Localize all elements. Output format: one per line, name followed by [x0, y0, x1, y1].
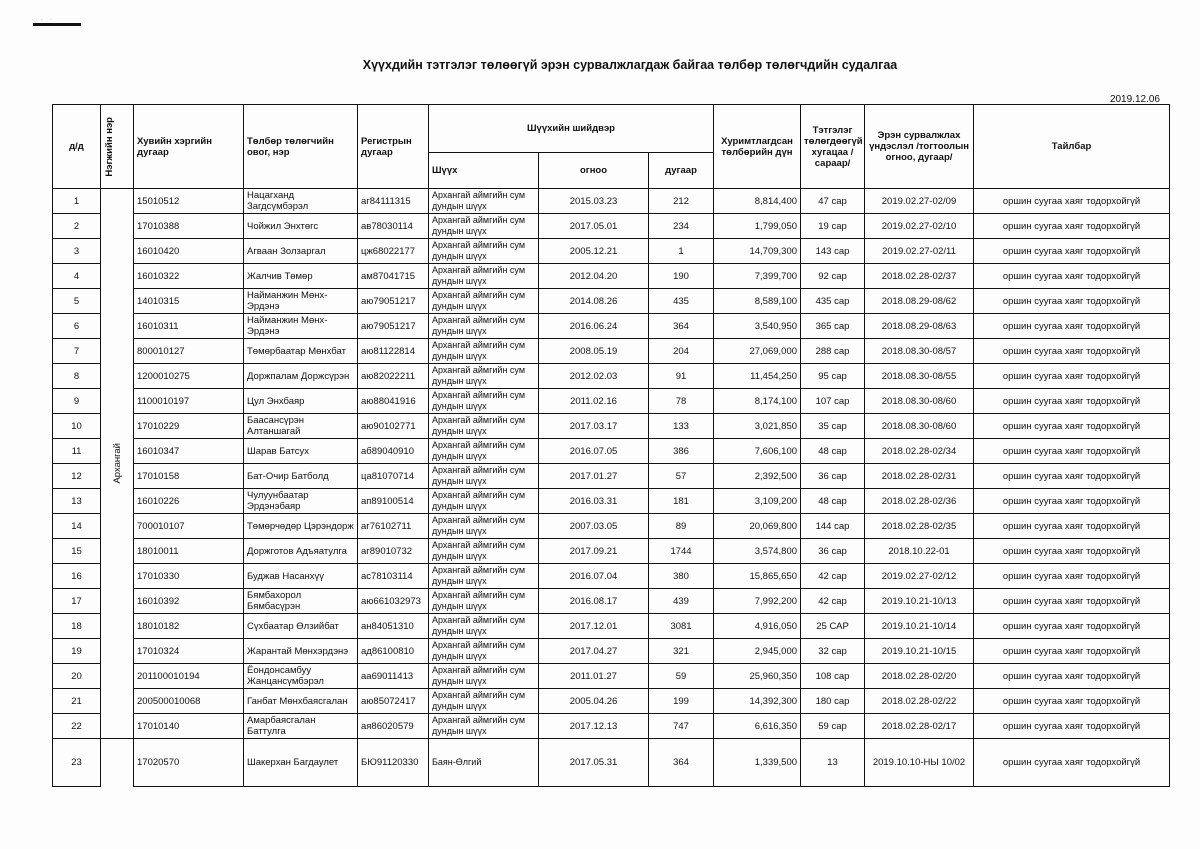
- row-period: 36 сар: [801, 539, 865, 564]
- row-remark: оршин суугаа хаяг тодорхойгүй: [974, 739, 1170, 787]
- row-decision-date: 2012.04.20: [539, 264, 649, 289]
- row-decision-date: 2017.05.31: [539, 739, 649, 787]
- row-remark: оршин суугаа хаяг тодорхойгүй: [974, 489, 1170, 514]
- row-register-no: аг84111315: [358, 189, 429, 214]
- row-court: Архангай аймгийн сум дундын шүүх: [429, 464, 539, 489]
- row-case-no: 17020570: [134, 739, 244, 787]
- row-decision-date: 2017.09.21: [539, 539, 649, 564]
- row-no: 20: [53, 664, 101, 689]
- row-basis: 2019.10.21-10/15: [865, 639, 974, 664]
- header-row-1: д/д Нэгжийн нэр Хувийн хэргийн дугаар Тө…: [53, 105, 1170, 153]
- row-case-no: 16010322: [134, 264, 244, 289]
- row-no: 9: [53, 389, 101, 414]
- row-no: 19: [53, 639, 101, 664]
- table-row: 2217010140Амарбаясгалан Баттулгаая860205…: [53, 714, 1170, 739]
- row-decision-no: 321: [649, 639, 714, 664]
- row-amount: 15,865,650: [714, 564, 801, 589]
- row-no: 13: [53, 489, 101, 514]
- table-row: 1116010347Шарав Батсухаб89040910Архангай…: [53, 439, 1170, 464]
- row-no: 2: [53, 214, 101, 239]
- row-court: Архангай аймгийн сум дундын шүүх: [429, 439, 539, 464]
- row-decision-no: 747: [649, 714, 714, 739]
- row-decision-date: 2005.04.26: [539, 689, 649, 714]
- row-register-no: аг76102711: [358, 514, 429, 539]
- row-basis: 2018.08.30-08/60: [865, 414, 974, 439]
- row-decision-date: 2011.02.16: [539, 389, 649, 414]
- row-amount: 14,392,300: [714, 689, 801, 714]
- row-decision-date: 2011.01.27: [539, 664, 649, 689]
- row-register-no: ая86020579: [358, 714, 429, 739]
- row-amount: 3,109,200: [714, 489, 801, 514]
- row-payer-name: Ёондонсамбуу Жанцансүмбэрэл: [244, 664, 358, 689]
- row-remark: оршин суугаа хаяг тодорхойгүй: [974, 339, 1170, 364]
- row-decision-date: 2007.03.05: [539, 514, 649, 539]
- row-amount: 1,799,050: [714, 214, 801, 239]
- row-amount: 2,392,500: [714, 464, 801, 489]
- row-period: 48 сар: [801, 439, 865, 464]
- row-register-no: ап89100514: [358, 489, 429, 514]
- row-basis: 2018.02.28-02/17: [865, 714, 974, 739]
- row-period: 144 сар: [801, 514, 865, 539]
- row-period: 288 сар: [801, 339, 865, 364]
- row-basis: 2018.02.28-02/34: [865, 439, 974, 464]
- row-decision-date: 2012.02.03: [539, 364, 649, 389]
- header-province: Нэгжийн нэр: [101, 105, 134, 189]
- row-case-no: 16010392: [134, 589, 244, 614]
- table-row: 416010322Жалчив Төмөрам87041715Архангай …: [53, 264, 1170, 289]
- row-amount: 11,454,250: [714, 364, 801, 389]
- row-decision-date: 2016.07.05: [539, 439, 649, 464]
- row-remark: оршин суугаа хаяг тодорхойгүй: [974, 214, 1170, 239]
- table-row: 1518010011Доржготов Адъяатулгааг89010732…: [53, 539, 1170, 564]
- row-basis: 2018.08.30-08/55: [865, 364, 974, 389]
- table-row: 1316010226Чулуунбаатар Эрдэнэбаярап89100…: [53, 489, 1170, 514]
- row-remark: оршин суугаа хаяг тодорхойгүй: [974, 389, 1170, 414]
- row-remark: оршин суугаа хаяг тодорхойгүй: [974, 564, 1170, 589]
- row-basis: 2018.02.28-02/31: [865, 464, 974, 489]
- row-no: 7: [53, 339, 101, 364]
- row-amount: 6,616,350: [714, 714, 801, 739]
- row-no: 5: [53, 289, 101, 314]
- table-row: 1917010324Жарантай Мөнхэрдэнэад86100810А…: [53, 639, 1170, 664]
- row-basis: 2019.02.27-02/11: [865, 239, 974, 264]
- table-row: 1Архангай15010512Нацагханд Загдсүмбэрэла…: [53, 189, 1170, 214]
- row-period: 365 сар: [801, 314, 865, 339]
- row-remark: оршин суугаа хаяг тодорхойгүй: [974, 189, 1170, 214]
- row-amount: 1,339,500: [714, 739, 801, 787]
- row-no: 15: [53, 539, 101, 564]
- row-no: 23: [53, 739, 101, 787]
- table-row: 2317020570Шакерхан БагдаулетБЮ91120330Ба…: [53, 739, 1170, 787]
- row-payer-name: Доржготов Адъяатулга: [244, 539, 358, 564]
- row-no: 22: [53, 714, 101, 739]
- row-register-no: цж68022177: [358, 239, 429, 264]
- row-group-province: Архангай: [101, 189, 134, 739]
- row-period: 48 сар: [801, 489, 865, 514]
- table-row: 1716010392Бямбахорол Бямбасүрэнаю6610329…: [53, 589, 1170, 614]
- row-amount: 7,399,700: [714, 264, 801, 289]
- row-payer-name: Чойжил Энхтөгс: [244, 214, 358, 239]
- row-court: Архангай аймгийн сум дундын шүүх: [429, 364, 539, 389]
- row-case-no: 16010226: [134, 489, 244, 514]
- row-case-no: 800010127: [134, 339, 244, 364]
- row-register-no: аю81122814: [358, 339, 429, 364]
- row-payer-name: Доржпалам Доржсүрэн: [244, 364, 358, 389]
- header-decision-date: огноо: [539, 153, 649, 189]
- row-payer-name: Бямбахорол Бямбасүрэн: [244, 589, 358, 614]
- row-court: Архангай аймгийн сум дундын шүүх: [429, 489, 539, 514]
- row-decision-no: 181: [649, 489, 714, 514]
- row-decision-date: 2016.03.31: [539, 489, 649, 514]
- row-decision-no: 89: [649, 514, 714, 539]
- header-payer-name: Төлбөр төлөгчийн овог, нэр: [244, 105, 358, 189]
- row-basis: 2019.02.27-02/12: [865, 564, 974, 589]
- row-decision-no: 190: [649, 264, 714, 289]
- row-decision-no: 212: [649, 189, 714, 214]
- row-amount: 3,021,850: [714, 414, 801, 439]
- row-decision-no: 3081: [649, 614, 714, 639]
- row-payer-name: Сүхбаатар Өлзийбат: [244, 614, 358, 639]
- table-row: 14700010107Төмөрчөдөр Цэрэндоржаг7610271…: [53, 514, 1170, 539]
- row-basis: 2018.08.29-08/62: [865, 289, 974, 314]
- header-register-no: Регистрын дугаар: [358, 105, 429, 189]
- row-no: 17: [53, 589, 101, 614]
- row-no: 16: [53, 564, 101, 589]
- row-case-no: 1100010197: [134, 389, 244, 414]
- header-remarks: Тайлбар: [974, 105, 1170, 189]
- row-court: Архангай аймгийн сум дундын шүүх: [429, 714, 539, 739]
- row-period: 180 сар: [801, 689, 865, 714]
- row-court: Архангай аймгийн сум дундын шүүх: [429, 414, 539, 439]
- table-body: 1Архангай15010512Нацагханд Загдсүмбэрэла…: [53, 189, 1170, 787]
- row-register-no: аю661032973: [358, 589, 429, 614]
- row-period: 435 сар: [801, 289, 865, 314]
- row-no: 11: [53, 439, 101, 464]
- row-period: 13: [801, 739, 865, 787]
- row-amount: 7,992,200: [714, 589, 801, 614]
- row-remark: оршин суугаа хаяг тодорхойгүй: [974, 639, 1170, 664]
- row-payer-name: Шакерхан Багдаулет: [244, 739, 358, 787]
- row-court: Архангай аймгийн сум дундын шүүх: [429, 289, 539, 314]
- row-court: Архангай аймгийн сум дундын шүүх: [429, 189, 539, 214]
- row-register-no: аа69011413: [358, 664, 429, 689]
- row-amount: 2,945,000: [714, 639, 801, 664]
- row-amount: 8,814,400: [714, 189, 801, 214]
- row-case-no: 17010324: [134, 639, 244, 664]
- row-case-no: 17010388: [134, 214, 244, 239]
- row-basis: 2019.10.10-НЫ 10/02: [865, 739, 974, 787]
- debtor-table: д/д Нэгжийн нэр Хувийн хэргийн дугаар Тө…: [52, 104, 1170, 787]
- row-no: 1: [53, 189, 101, 214]
- row-basis: 2018.02.28-02/36: [865, 489, 974, 514]
- row-case-no: 17010330: [134, 564, 244, 589]
- row-amount: 27,069,000: [714, 339, 801, 364]
- row-decision-no: 439: [649, 589, 714, 614]
- row-payer-name: Агваан Золзаргал: [244, 239, 358, 264]
- row-basis: 2019.02.27-02/09: [865, 189, 974, 214]
- row-payer-name: Жарантай Мөнхэрдэнэ: [244, 639, 358, 664]
- row-payer-name: Ганбат Мөнхбаясгалан: [244, 689, 358, 714]
- row-remark: оршин суугаа хаяг тодорхойгүй: [974, 264, 1170, 289]
- table-row: 1818010182Сүхбаатар Өлзийбатан84051310Ар…: [53, 614, 1170, 639]
- row-case-no: 200500010068: [134, 689, 244, 714]
- row-payer-name: Төмөрбаатар Мөнхбат: [244, 339, 358, 364]
- table-row: 616010311Найманжин Мөнх-Эрдэнэаю79051217…: [53, 314, 1170, 339]
- row-amount: 20,069,800: [714, 514, 801, 539]
- row-basis: 2018.08.30-08/60: [865, 389, 974, 414]
- row-register-no: аю82022211: [358, 364, 429, 389]
- table-row: 1017010229Баасансүрэн Алтаншагайаю901027…: [53, 414, 1170, 439]
- row-amount: 14,709,300: [714, 239, 801, 264]
- row-decision-date: 2008.05.19: [539, 339, 649, 364]
- row-payer-name: Нацагханд Загдсүмбэрэл: [244, 189, 358, 214]
- row-payer-name: Төмөрчөдөр Цэрэндорж: [244, 514, 358, 539]
- row-case-no: 17010229: [134, 414, 244, 439]
- row-court: Архангай аймгийн сум дундын шүүх: [429, 314, 539, 339]
- row-amount: 7,606,100: [714, 439, 801, 464]
- header-no: д/д: [53, 105, 101, 189]
- table-row: 81200010275Доржпалам Доржсүрэнаю82022211…: [53, 364, 1170, 389]
- table-row: 1617010330Буджав Насанхүүас78103114Архан…: [53, 564, 1170, 589]
- row-payer-name: Амарбаясгалан Баттулга: [244, 714, 358, 739]
- row-register-no: аю90102771: [358, 414, 429, 439]
- row-basis: 2018.02.28-02/20: [865, 664, 974, 689]
- document-title: Хүүхдийн тэтгэлэг төлөөгүй эрэн сурвалжл…: [0, 58, 1200, 72]
- row-no: 12: [53, 464, 101, 489]
- row-court: Архангай аймгийн сум дундын шүүх: [429, 339, 539, 364]
- row-decision-no: 78: [649, 389, 714, 414]
- row-register-no: ам87041715: [358, 264, 429, 289]
- row-court: Архангай аймгийн сум дундын шүүх: [429, 564, 539, 589]
- row-register-no: аю79051217: [358, 314, 429, 339]
- row-basis: 2019.10.21-10/13: [865, 589, 974, 614]
- row-decision-date: 2015.03.23: [539, 189, 649, 214]
- row-period: 42 сар: [801, 589, 865, 614]
- row-period: 36 сар: [801, 464, 865, 489]
- row-court: Архангай аймгийн сум дундын шүүх: [429, 239, 539, 264]
- table-row: 20201100010194Ёондонсамбуу Жанцансүмбэрэ…: [53, 664, 1170, 689]
- row-no: 18: [53, 614, 101, 639]
- row-court: Архангай аймгийн сум дундын шүүх: [429, 589, 539, 614]
- row-decision-no: 57: [649, 464, 714, 489]
- row-payer-name: Найманжин Мөнх-Эрдэнэ: [244, 289, 358, 314]
- row-decision-no: 364: [649, 739, 714, 787]
- row-payer-name: Бат-Очир Батболд: [244, 464, 358, 489]
- header-search-basis: Эрэн сурвалжлах үндэслэл /тогтоолын огно…: [865, 105, 974, 189]
- row-remark: оршин суугаа хаяг тодорхойгүй: [974, 464, 1170, 489]
- row-court: Архангай аймгийн сум дундын шүүх: [429, 639, 539, 664]
- row-case-no: 16010311: [134, 314, 244, 339]
- row-court: Архангай аймгийн сум дундын шүүх: [429, 689, 539, 714]
- row-decision-date: 2005.12.21: [539, 239, 649, 264]
- row-period: 59 сар: [801, 714, 865, 739]
- row-decision-date: 2017.04.27: [539, 639, 649, 664]
- row-payer-name: Жалчив Төмөр: [244, 264, 358, 289]
- row-period: 95 сар: [801, 364, 865, 389]
- row-register-no: аг89010732: [358, 539, 429, 564]
- row-decision-date: 2017.01.27: [539, 464, 649, 489]
- row-register-no: аб89040910: [358, 439, 429, 464]
- row-period: 108 сар: [801, 664, 865, 689]
- header-decision-no: дугаар: [649, 153, 714, 189]
- row-decision-date: 2016.06.24: [539, 314, 649, 339]
- row-decision-no: 435: [649, 289, 714, 314]
- row-remark: оршин суугаа хаяг тодорхойгүй: [974, 714, 1170, 739]
- row-remark: оршин суугаа хаяг тодорхойгүй: [974, 689, 1170, 714]
- row-decision-no: 234: [649, 214, 714, 239]
- header-court-decision: Шүүхийн шийдвэр: [429, 105, 714, 153]
- row-register-no: ас78103114: [358, 564, 429, 589]
- row-remark: оршин суугаа хаяг тодорхойгүй: [974, 589, 1170, 614]
- row-no: 4: [53, 264, 101, 289]
- row-decision-date: 2017.12.13: [539, 714, 649, 739]
- row-register-no: БЮ91120330: [358, 739, 429, 787]
- row-remark: оршин суугаа хаяг тодорхойгүй: [974, 664, 1170, 689]
- row-period: 107 сар: [801, 389, 865, 414]
- row-remark: оршин суугаа хаяг тодорхойгүй: [974, 314, 1170, 339]
- row-payer-name: Найманжин Мөнх-Эрдэнэ: [244, 314, 358, 339]
- row-register-no: ад86100810: [358, 639, 429, 664]
- row-period: 143 сар: [801, 239, 865, 264]
- row-basis: 2019.10.21-10/14: [865, 614, 974, 639]
- row-decision-date: 2014.08.26: [539, 289, 649, 314]
- row-court: Архангай аймгийн сум дундын шүүх: [429, 389, 539, 414]
- row-remark: оршин суугаа хаяг тодорхойгүй: [974, 514, 1170, 539]
- row-no: 6: [53, 314, 101, 339]
- row-remark: оршин суугаа хаяг тодорхойгүй: [974, 289, 1170, 314]
- row-decision-date: 2017.12.01: [539, 614, 649, 639]
- row-remark: оршин суугаа хаяг тодорхойгүй: [974, 364, 1170, 389]
- row-decision-no: 386: [649, 439, 714, 464]
- row-register-no: аю79051217: [358, 289, 429, 314]
- row-amount: 8,589,100: [714, 289, 801, 314]
- row-decision-no: 91: [649, 364, 714, 389]
- row-case-no: 17010158: [134, 464, 244, 489]
- row-period: 47 сар: [801, 189, 865, 214]
- row-case-no: 15010512: [134, 189, 244, 214]
- table-row: 21200500010068Ганбат Мөнхбаясгаланаю8507…: [53, 689, 1170, 714]
- row-decision-no: 59: [649, 664, 714, 689]
- row-basis: 2018.02.28-02/37: [865, 264, 974, 289]
- row-basis: 2019.02.27-02/10: [865, 214, 974, 239]
- table-row: 1217010158Бат-Очир Батболдца81070714Арха…: [53, 464, 1170, 489]
- row-court: Баян-Өлгий: [429, 739, 539, 787]
- row-case-no: 1200010275: [134, 364, 244, 389]
- row-court: Архангай аймгийн сум дундын шүүх: [429, 614, 539, 639]
- row-case-no: 14010315: [134, 289, 244, 314]
- row-remark: оршин суугаа хаяг тодорхойгүй: [974, 239, 1170, 264]
- row-case-no: 18010011: [134, 539, 244, 564]
- row-amount: 3,540,950: [714, 314, 801, 339]
- row-payer-name: Цул Энхбаяр: [244, 389, 358, 414]
- row-decision-date: 2017.03.17: [539, 414, 649, 439]
- row-register-no: аю88041916: [358, 389, 429, 414]
- row-decision-no: 380: [649, 564, 714, 589]
- row-register-no: ав78030114: [358, 214, 429, 239]
- header-unpaid-period: Тэтгэлэг төлөгдөөгүй хугацаа /сараар/: [801, 105, 865, 189]
- row-basis: 2018.08.29-08/63: [865, 314, 974, 339]
- row-period: 19 сар: [801, 214, 865, 239]
- scan-artifact-line: [33, 23, 81, 26]
- row-payer-name: Баасансүрэн Алтаншагай: [244, 414, 358, 439]
- row-case-no: 17010140: [134, 714, 244, 739]
- row-court: Архангай аймгийн сум дундын шүүх: [429, 264, 539, 289]
- row-decision-no: 133: [649, 414, 714, 439]
- row-decision-no: 204: [649, 339, 714, 364]
- row-amount: 8,174,100: [714, 389, 801, 414]
- row-payer-name: Чулуунбаатар Эрдэнэбаяр: [244, 489, 358, 514]
- row-basis: 2018.02.28-02/22: [865, 689, 974, 714]
- row-court: Архангай аймгийн сум дундын шүүх: [429, 539, 539, 564]
- row-case-no: 18010182: [134, 614, 244, 639]
- row-remark: оршин суугаа хаяг тодорхойгүй: [974, 539, 1170, 564]
- table-row: 514010315Найманжин Мөнх-Эрдэнэаю79051217…: [53, 289, 1170, 314]
- row-decision-date: 2017.05.01: [539, 214, 649, 239]
- row-remark: оршин суугаа хаяг тодорхойгүй: [974, 439, 1170, 464]
- row-decision-no: 1: [649, 239, 714, 264]
- row-basis: 2018.08.30-08/57: [865, 339, 974, 364]
- header-court: Шүүх: [429, 153, 539, 189]
- row-decision-no: 199: [649, 689, 714, 714]
- row-period: 25 САР: [801, 614, 865, 639]
- row-register-no: ца81070714: [358, 464, 429, 489]
- row-decision-date: 2016.08.17: [539, 589, 649, 614]
- row-court: Архангай аймгийн сум дундын шүүх: [429, 664, 539, 689]
- header-accrued-amount: Хуримтлагдсан төлбөрийн дүн: [714, 105, 801, 189]
- table-row: 217010388Чойжил Энхтөгсав78030114Арханга…: [53, 214, 1170, 239]
- row-case-no: 16010420: [134, 239, 244, 264]
- row-period: 32 сар: [801, 639, 865, 664]
- header-case-no: Хувийн хэргийн дугаар: [134, 105, 244, 189]
- row-decision-date: 2016.07.04: [539, 564, 649, 589]
- row-register-no: ан84051310: [358, 614, 429, 639]
- row-basis: 2018.02.28-02/35: [865, 514, 974, 539]
- row-amount: 25,960,350: [714, 664, 801, 689]
- row-no: 10: [53, 414, 101, 439]
- row-basis: 2018.10.22-01: [865, 539, 974, 564]
- row-decision-no: 364: [649, 314, 714, 339]
- row-decision-no: 1744: [649, 539, 714, 564]
- row-court: Архангай аймгийн сум дундын шүүх: [429, 214, 539, 239]
- row-period: 35 сар: [801, 414, 865, 439]
- table-row: 316010420Агваан Золзаргалцж68022177Архан…: [53, 239, 1170, 264]
- row-case-no: 16010347: [134, 439, 244, 464]
- row-no: 3: [53, 239, 101, 264]
- row-no: 8: [53, 364, 101, 389]
- row-case-no: 700010107: [134, 514, 244, 539]
- row-amount: 4,916,050: [714, 614, 801, 639]
- table-row: 91100010197Цул Энхбаяраю88041916Архангай…: [53, 389, 1170, 414]
- row-no: 14: [53, 514, 101, 539]
- row-no: 21: [53, 689, 101, 714]
- row-period: 42 сар: [801, 564, 865, 589]
- row-remark: оршин суугаа хаяг тодорхойгүй: [974, 414, 1170, 439]
- row-payer-name: Буджав Насанхүү: [244, 564, 358, 589]
- row-period: 92 сар: [801, 264, 865, 289]
- row-amount: 3,574,800: [714, 539, 801, 564]
- row-register-no: аю85072417: [358, 689, 429, 714]
- row-remark: оршин суугаа хаяг тодорхойгүй: [974, 614, 1170, 639]
- row-payer-name: Шарав Батсух: [244, 439, 358, 464]
- row-court: Архангай аймгийн сум дундын шүүх: [429, 514, 539, 539]
- table-row: 7800010127Төмөрбаатар Мөнхбатаю81122814А…: [53, 339, 1170, 364]
- empty-cell: [101, 739, 134, 787]
- row-case-no: 201100010194: [134, 664, 244, 689]
